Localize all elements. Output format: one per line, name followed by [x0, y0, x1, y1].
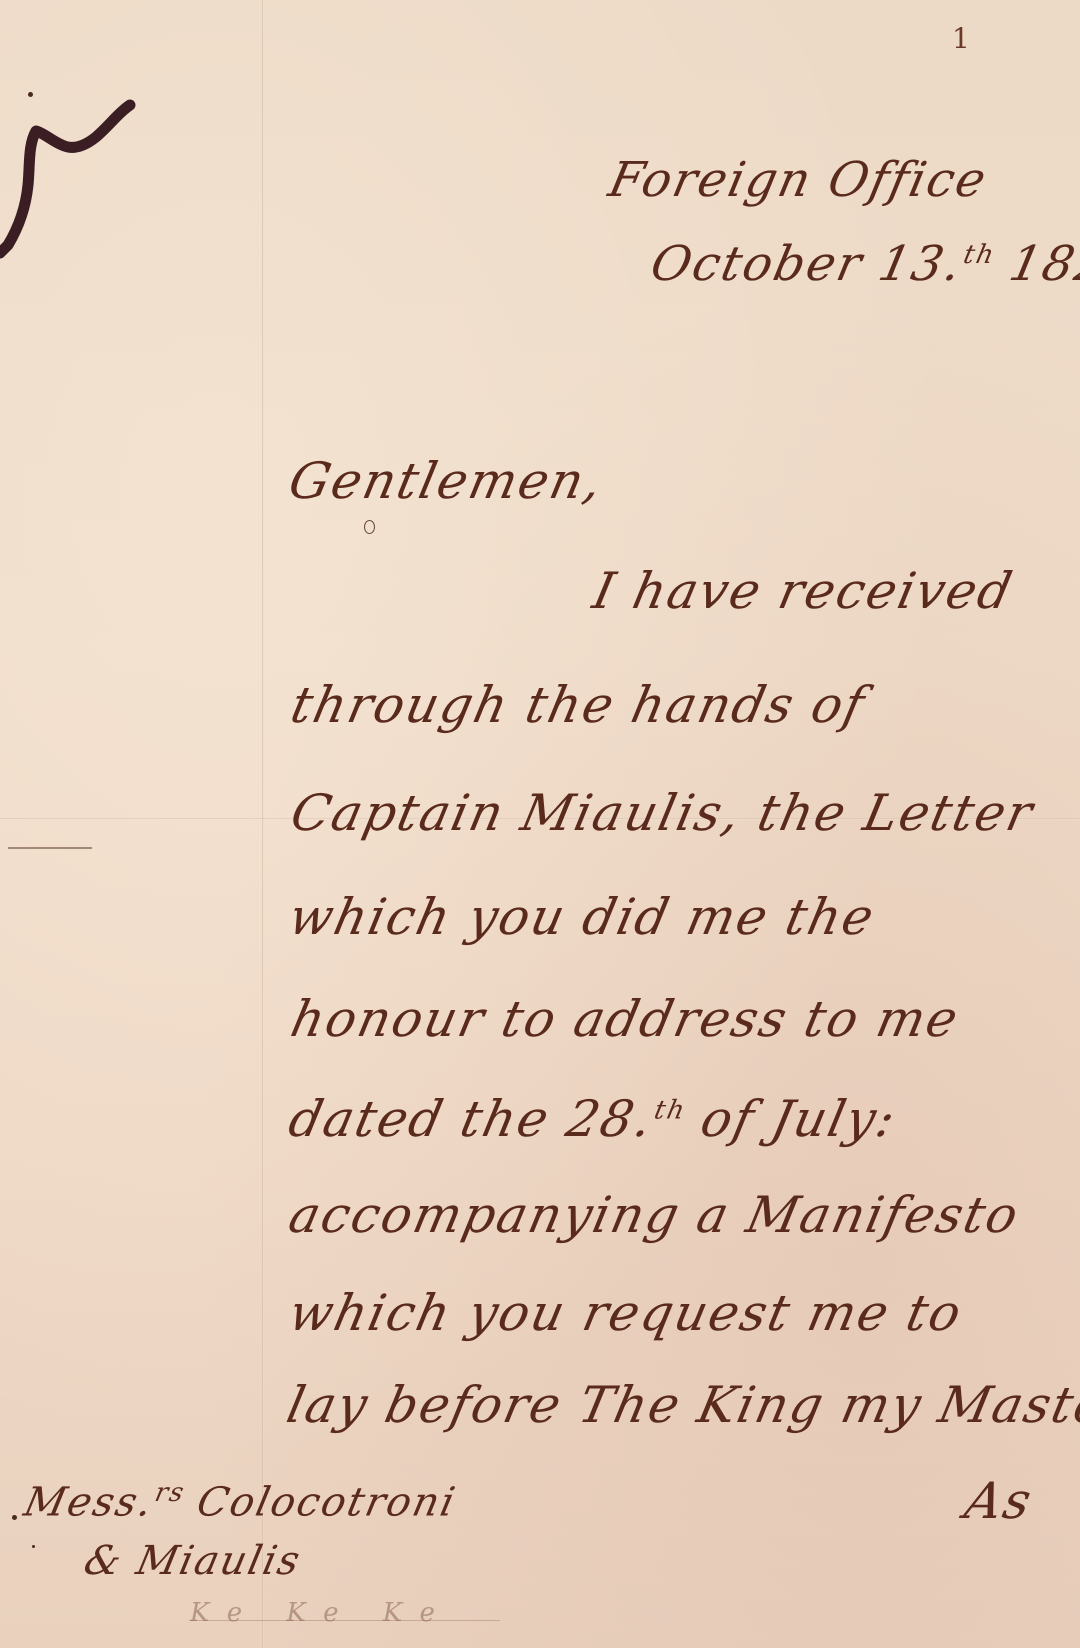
body-line-dated: dated the 28.th of July: — [284, 1090, 902, 1148]
letter-page: 1 Foreign Office October 13.th 1825. Gen… — [0, 0, 1080, 1648]
salutation: Gentlemen, — [284, 452, 609, 510]
small-ring-mark — [364, 520, 375, 534]
addressee-line-1: Mess.rs Colocotroni — [20, 1478, 461, 1525]
body-line-7: which you request me to — [284, 1284, 968, 1342]
dated-ordinal: th — [652, 1095, 690, 1125]
wax-seal-remnant-icon — [0, 85, 140, 275]
body-line-1: I have received — [588, 562, 1019, 620]
body-line-2: through the hands of — [286, 676, 871, 734]
addressee-line-2: & Miaulis — [80, 1538, 306, 1584]
catchword: As — [960, 1472, 1038, 1530]
addressee-name-1: Colocotroni — [193, 1479, 461, 1525]
margin-ink-dash — [8, 847, 92, 849]
addressee-title-sup: rs — [152, 1478, 188, 1508]
dated-suffix: of July: — [696, 1090, 902, 1148]
dated-prefix: dated the 28. — [284, 1090, 659, 1148]
ink-spot — [28, 92, 33, 97]
body-line-6: accompanying a Manifesto — [284, 1186, 1025, 1244]
ink-spot — [32, 1545, 35, 1548]
body-line-8: lay before The King my Master. — [282, 1376, 1080, 1434]
letter-place: Foreign Office — [604, 152, 993, 208]
vertical-fold-line — [262, 0, 264, 1648]
date-ordinal: th — [961, 240, 999, 270]
ink-spot — [12, 1515, 17, 1520]
page-number: 1 — [952, 22, 972, 55]
addressee-title: Mess. — [20, 1479, 158, 1525]
date-year: 1825. — [1005, 236, 1080, 292]
faint-pencil-marks: Ke Ke Ke — [190, 1598, 453, 1628]
date-day: October 13. — [646, 236, 968, 292]
body-line-3: Captain Miaulis, the Letter — [286, 784, 1039, 842]
body-line-5: honour to address to me — [286, 990, 965, 1048]
letter-date: October 13.th 1825. — [646, 236, 1080, 292]
faint-underline — [190, 1620, 500, 1621]
body-line-4: which you did me the — [284, 888, 881, 946]
